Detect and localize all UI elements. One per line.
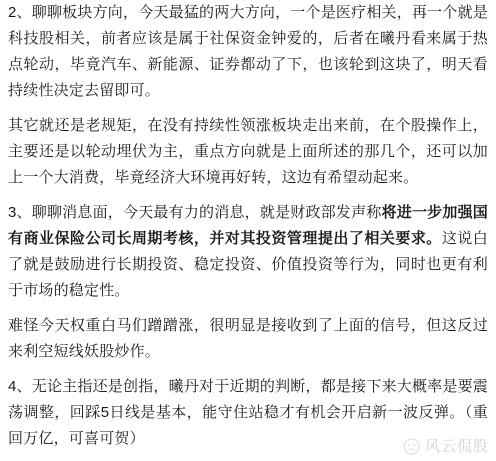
paragraph-bluechip: 难怪今天权重白马们蹭蹭涨，很明显是接收到了上面的信号，但这反过来利空短线妖股炒作…: [8, 313, 488, 365]
paragraph-text: 难怪今天权重白马们蹭蹭涨，很明显是接收到了上面的信号，但这反过来利空短线妖股炒作…: [8, 317, 488, 360]
watermark: 风云侃股: [403, 438, 489, 455]
paragraph-text: 其它就还是老规矩，在没有持续性领涨板块走出来前，在个股操作上，主要还是以轮动埋伏…: [8, 117, 488, 186]
paragraph-news: 3、聊聊消息面，今天最有力的消息，就是财政部发声称将进一步加强国有商业保险公司长…: [8, 200, 488, 304]
paragraph-text: 3、聊聊消息面，今天最有力的消息，就是财政部发声称: [8, 204, 382, 221]
paragraph-text: 4、无论主指还是创指，曦丹对于近期的判断，都是接下来大概率是要震荡调整，回踩5日…: [8, 378, 488, 447]
watermark-text: 风云侃股: [425, 438, 489, 455]
paragraph-stock-strategy: 其它就还是老规矩，在没有持续性领涨板块走出来前，在个股操作上，主要还是以轮动埋伏…: [8, 113, 488, 191]
fengyun-logo-icon: [403, 438, 420, 455]
paragraph-sector-direction: 2、聊聊板块方向，今天最猛的两大方向，一个是医疗相关，再一个就是科技股相关，前者…: [8, 0, 488, 104]
paragraph-text: 2、聊聊板块方向，今天最猛的两大方向，一个是医疗相关，再一个就是科技股相关，前者…: [8, 4, 488, 99]
article-page: 2、聊聊板块方向，今天最猛的两大方向，一个是医疗相关，再一个就是科技股相关，前者…: [0, 0, 496, 452]
